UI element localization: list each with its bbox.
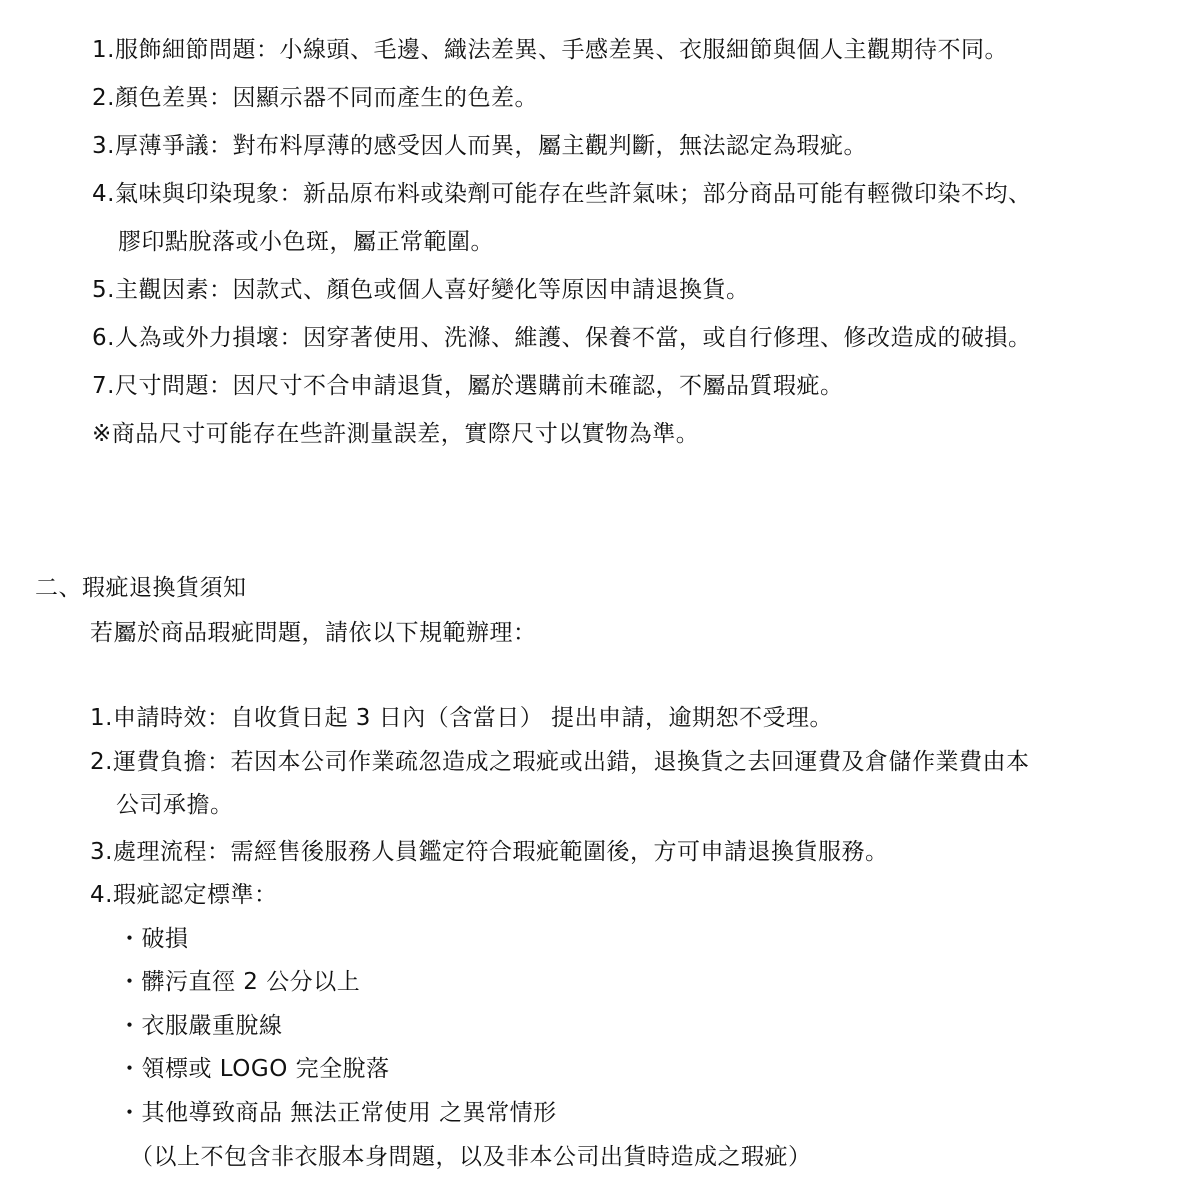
list-item-detail-issues: 1.服飾細節問題：小線頭、毛邊、織法差異、手感差異、衣服細節與個人主觀期待不同。	[92, 35, 1008, 65]
criteria-item: ・破損	[118, 924, 189, 954]
list-item-odor-print: 4.氣味與印染現象：新品原布料或染劑可能存在些許氣味；部分商品可能有輕微印染不均…	[92, 179, 1031, 209]
criteria-footnote: （以上不包含非衣服本身問題，以及非本公司出貨時造成之瑕疵）	[130, 1142, 812, 1172]
criteria-item: ・衣服嚴重脫線	[118, 1011, 283, 1041]
list-item-shipping-fee: 2.運費負擔：若因本公司作業疏忽造成之瑕疵或出錯，退換貨之去回運費及倉儲作業費由…	[90, 747, 1029, 777]
list-item-criteria-title: 4.瑕疵認定標準：	[90, 880, 277, 910]
list-item-shipping-fee-cont: 公司承擔。	[116, 790, 234, 820]
criteria-item: ・髒污直徑 2 公分以上	[118, 967, 360, 997]
list-item-damage: 6.人為或外力損壞：因穿著使用、洗滌、維護、保養不當，或自行修理、修改造成的破損…	[92, 323, 1031, 353]
section-intro: 若屬於商品瑕疵問題，請依以下規範辦理：	[90, 618, 537, 648]
list-item-process: 3.處理流程：需經售後服務人員鑑定符合瑕疵範圍後，方可申請退換貨服務。	[90, 837, 888, 867]
size-note: ※商品尺寸可能存在些許測量誤差，實際尺寸以實物為準。	[92, 419, 699, 449]
list-item-odor-print-cont: 膠印點脫落或小色斑，屬正常範圍。	[118, 227, 494, 257]
list-item-subjective: 5.主觀因素：因款式、顏色或個人喜好變化等原因申請退換貨。	[92, 275, 749, 305]
criteria-item: ・領標或 LOGO 完全脫落	[118, 1054, 390, 1084]
list-item-thickness: 3.厚薄爭議：對布料厚薄的感受因人而異，屬主觀判斷，無法認定為瑕疵。	[92, 131, 867, 161]
list-item-deadline: 1.申請時效：自收貨日起 3 日內（含當日） 提出申請，逾期恕不受理。	[90, 703, 833, 733]
section-heading: 二、瑕疵退換貨須知	[35, 573, 247, 603]
list-item-color-diff: 2.顏色差異：因顯示器不同而產生的色差。	[92, 83, 538, 113]
criteria-item: ・其他導致商品 無法正常使用 之異常情形	[118, 1098, 557, 1128]
list-item-size: 7.尺寸問題：因尺寸不合申請退貨，屬於選購前未確認，不屬品質瑕疵。	[92, 371, 843, 401]
